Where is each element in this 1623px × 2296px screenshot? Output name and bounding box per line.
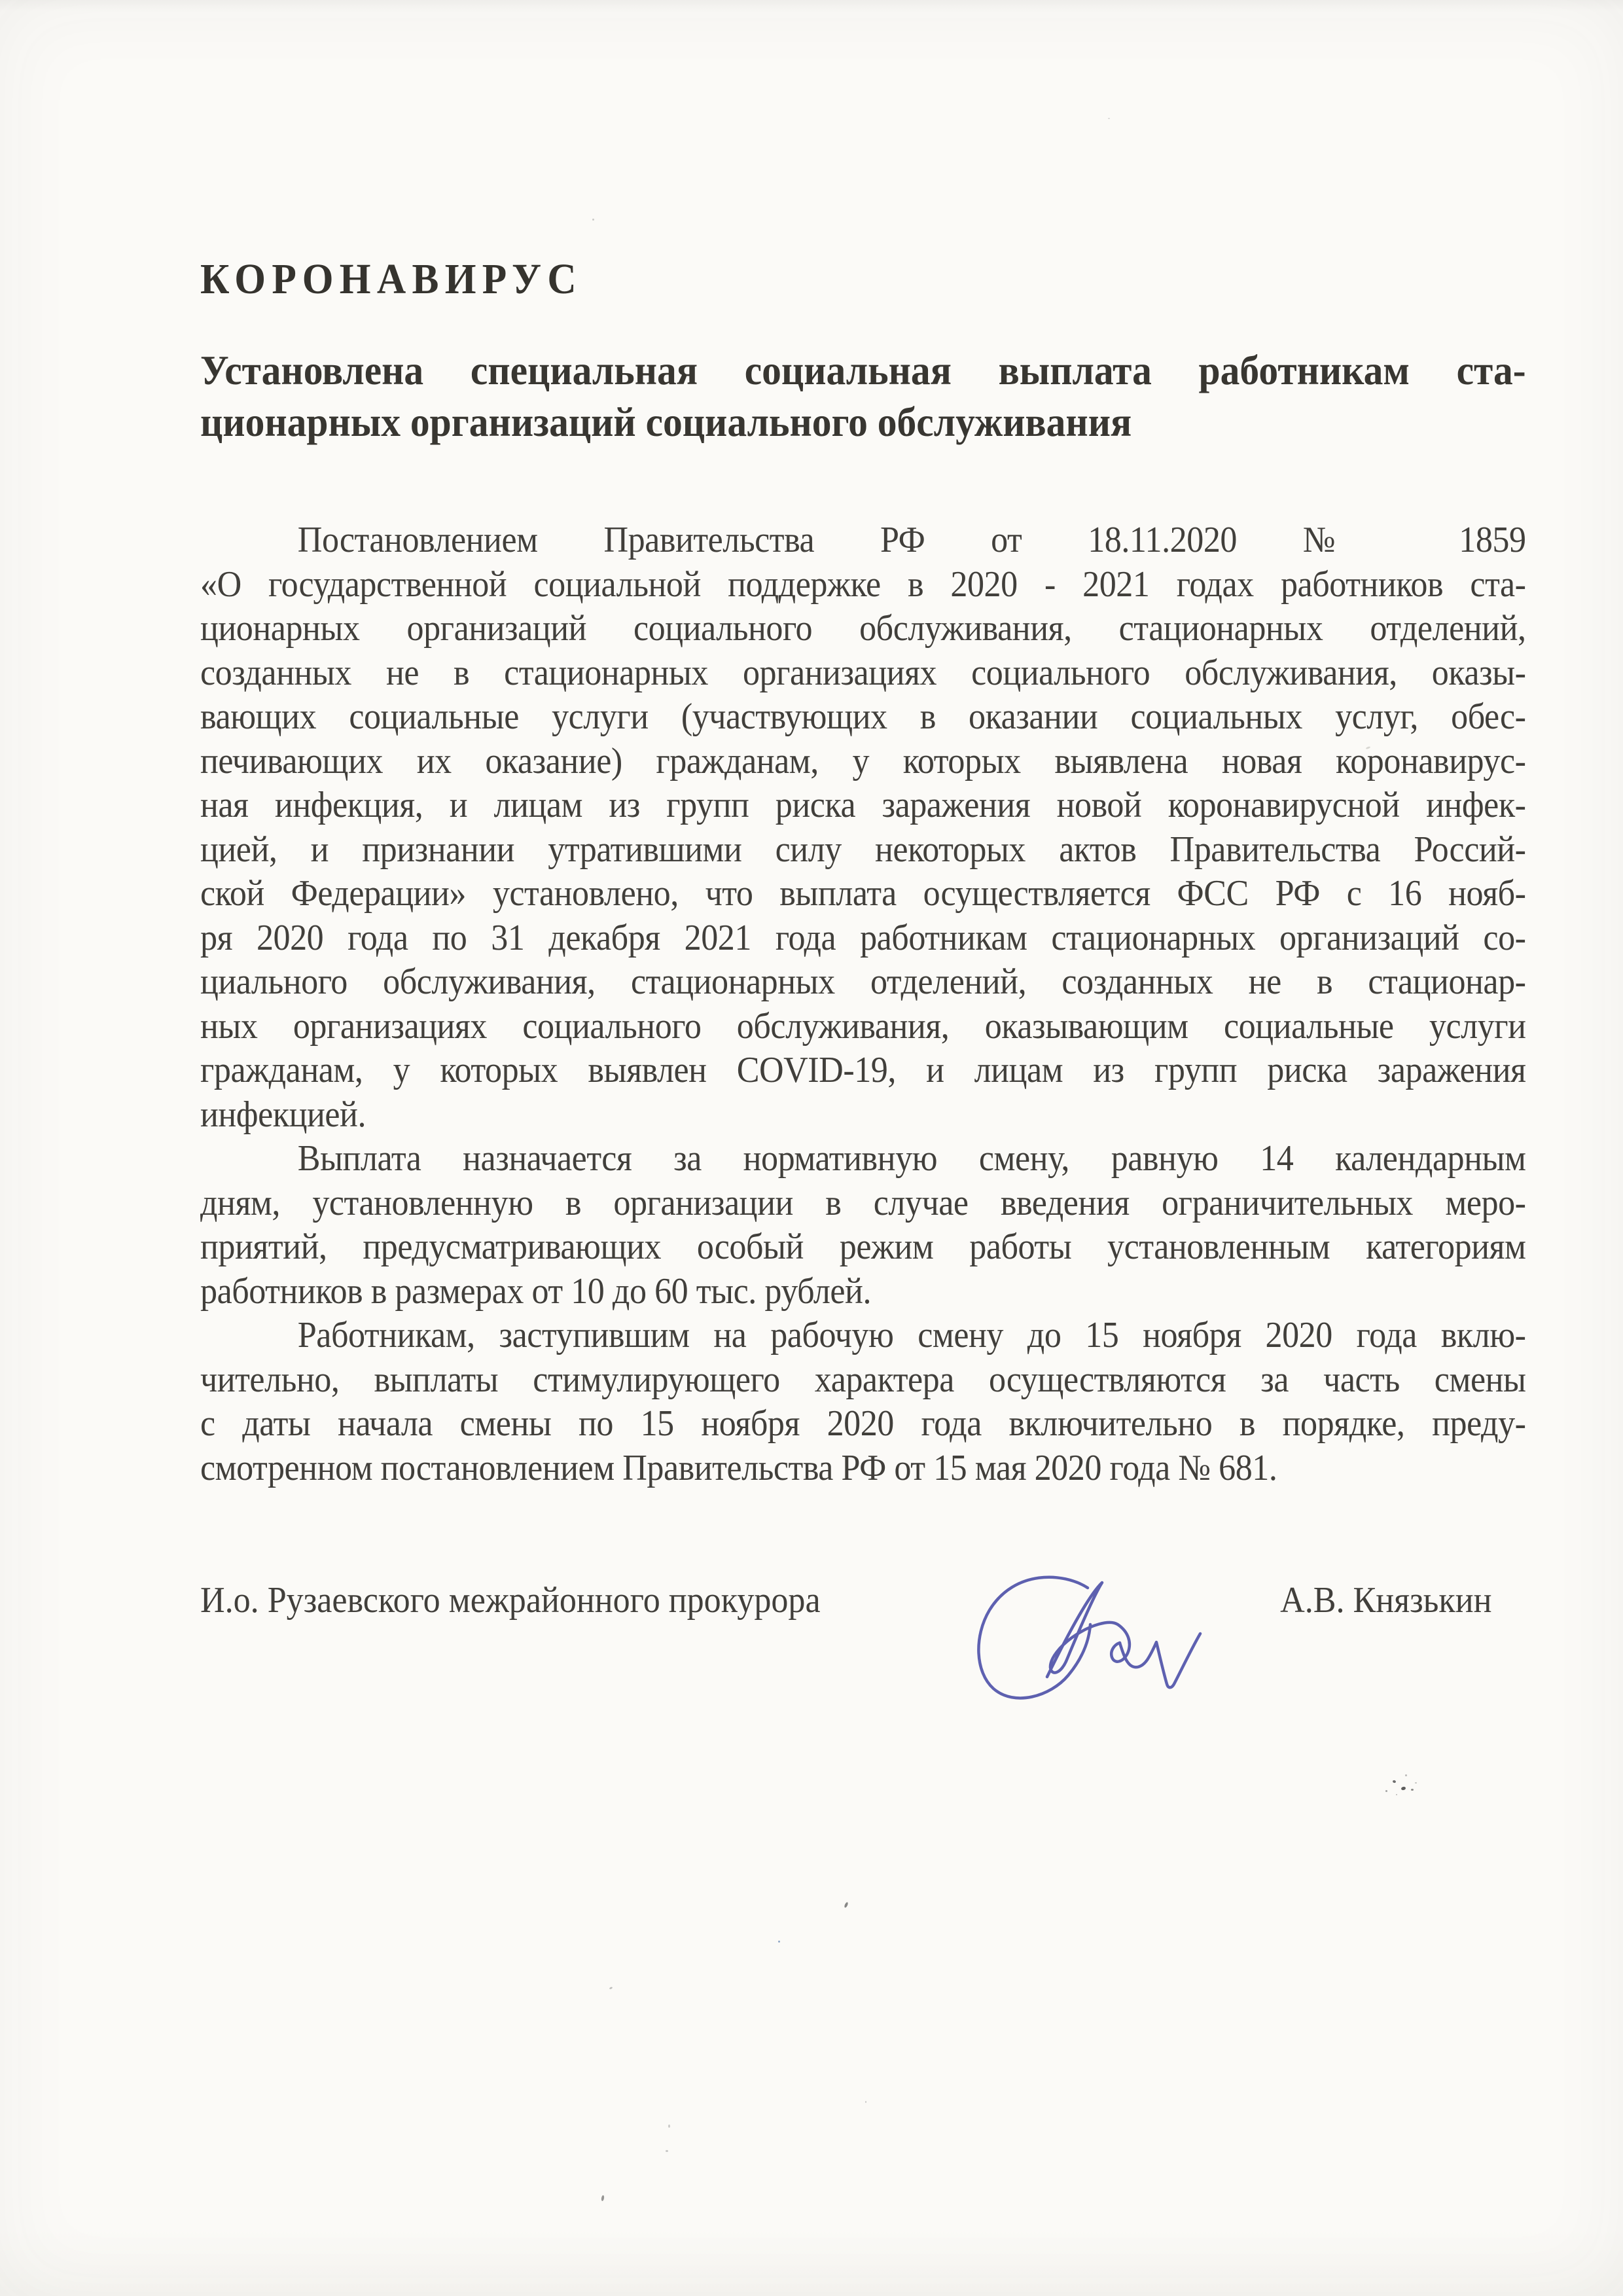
text-line: инфекцией. xyxy=(200,1093,1526,1138)
text-line: Работникам, заступившим на рабочую смену… xyxy=(200,1314,1526,1358)
text-line: Постановлением Правительства РФ от 18.11… xyxy=(200,518,1526,563)
text-line: цией, и признании утратившими силу некот… xyxy=(200,828,1526,872)
scanned-document-page: КОРОНАВИРУС Установлена специальная соци… xyxy=(0,0,1623,2296)
scan-speck xyxy=(1411,1789,1414,1791)
scan-speck xyxy=(1400,1786,1406,1791)
text-line: смотренном постановлением Правительства … xyxy=(200,1446,1526,1491)
scan-speck xyxy=(844,1902,848,1909)
scan-speck xyxy=(1108,118,1110,119)
paragraph-1: Постановлением Правительства РФ от 18.11… xyxy=(200,518,1526,1137)
scan-speck xyxy=(1392,1780,1396,1783)
text-line: приятий, предусматривающих особый режим … xyxy=(200,1225,1526,1270)
text-line: ской Федерации» установлено, что выплата… xyxy=(200,872,1526,916)
text-line: Выплата назначается за нормативную смену… xyxy=(200,1137,1526,1181)
signoff-position: И.о. Рузаевского межрайонного прокурора xyxy=(200,1579,821,1623)
text-line: Установлена специальная социальная выпла… xyxy=(200,344,1526,396)
scan-speck xyxy=(1385,1790,1387,1792)
document-title: КОРОНАВИРУС xyxy=(200,258,1526,301)
scan-speck xyxy=(1415,1782,1417,1784)
text-line: печивающих их оказание) гражданам, у кот… xyxy=(200,740,1526,784)
scan-speck xyxy=(668,2125,670,2128)
text-line: чительно, выплаты стимулирующего характе… xyxy=(200,1358,1526,1403)
paragraph-2: Выплата назначается за нормативную смену… xyxy=(200,1137,1526,1314)
text-line: вающих социальные услуги (участвующих в … xyxy=(200,695,1526,740)
signoff-name: А.В. Князькин xyxy=(1280,1579,1491,1623)
text-line: созданных не в стационарных организациях… xyxy=(200,651,1526,696)
text-line: ная инфекция, и лицам из групп риска зар… xyxy=(200,783,1526,828)
text-line: ционарных организаций социального обслуж… xyxy=(200,396,1526,448)
scan-speck xyxy=(666,2150,668,2152)
document-body: Постановлением Правительства РФ от 18.11… xyxy=(200,518,1526,1490)
document-heading: Установлена специальная социальная выпла… xyxy=(200,344,1526,448)
signature-tail-stroke xyxy=(1120,1634,1200,1687)
text-line: ционарных организаций социального обслуж… xyxy=(200,607,1526,651)
text-line: ря 2020 года по 31 декабря 2021 года раб… xyxy=(200,916,1526,961)
signoff-row: И.о. Рузаевского межрайонного прокурора … xyxy=(200,1579,1526,1623)
text-line: «О государственной социальной поддержке … xyxy=(200,563,1526,607)
text-line: циального обслуживания, стационарных отд… xyxy=(200,960,1526,1005)
text-line: дням, установленную в организации в случ… xyxy=(200,1181,1526,1226)
scan-speck xyxy=(609,1986,613,1990)
scan-speck xyxy=(1396,1794,1397,1795)
signature-ink xyxy=(916,1525,1243,1761)
scan-speck xyxy=(865,2101,866,2103)
paragraph-3: Работникам, заступившим на рабочую смену… xyxy=(200,1314,1526,1490)
text-line: гражданам, у которых выявлен COVID-19, и… xyxy=(200,1049,1526,1093)
scan-speck xyxy=(601,2195,605,2202)
scan-speck xyxy=(592,219,594,221)
text-line: ных организациях социального обслуживани… xyxy=(200,1005,1526,1049)
scan-speck xyxy=(778,1941,780,1943)
scan-speck xyxy=(1405,1774,1407,1776)
text-line: с даты начала смены по 15 ноября 2020 го… xyxy=(200,1402,1526,1446)
document-content: КОРОНАВИРУС Установлена специальная соци… xyxy=(200,0,1526,1623)
text-line: работников в размерах от 10 до 60 тыс. р… xyxy=(200,1270,1526,1314)
